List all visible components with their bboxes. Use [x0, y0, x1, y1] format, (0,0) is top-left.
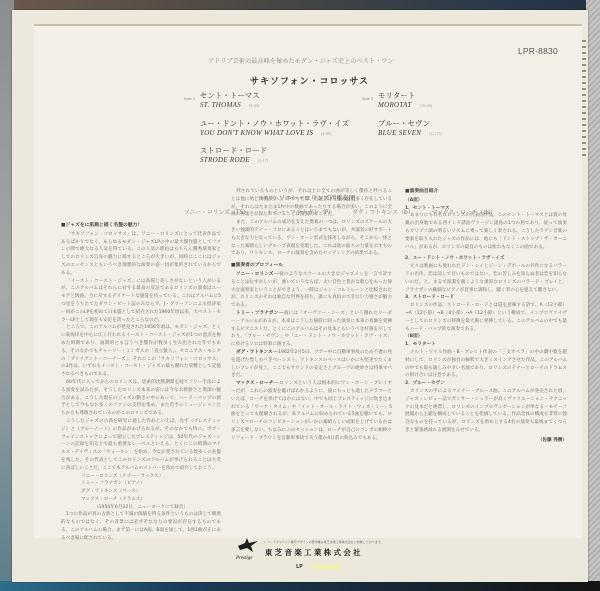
track-strode-rode: ストロード・ロード STRODE RODE(5:17) [200, 146, 268, 164]
credit-line: マックス・ローチ（ドラムス） [61, 496, 221, 504]
paragraph: 1つの作品が真の古典として不滅の価値を得る条件というものは決して偶然的なものでは… [61, 511, 221, 542]
track-duration: (11:17) [429, 132, 442, 136]
track-blue-seven: ブルー・セヴン BLUE SEVEN(11:17) [378, 119, 442, 137]
paragraph: 「イースト・コースト・ジャズ」には高揚と美しさがないという人がいるが、このアルバ… [61, 278, 221, 325]
track-note-title: 1．モリタート [405, 341, 567, 349]
paragraph: こうしたジャズの古典を研究に適した作品といえば、先ず《プレスティッジ》と《ブルー… [61, 418, 221, 473]
side-a-label: （A面） [405, 197, 567, 205]
section-heading: ■演奏曲目紹介 [405, 188, 567, 196]
liner-notes-right-column: ■演奏曲目紹介 （A面） 1．セント・トーマス あまりにも有名なロリンズの代表的… [405, 188, 567, 445]
side-b-label: （B面） [405, 333, 567, 341]
profile-name: ダグ・ワトキンス [236, 350, 273, 355]
liner-notes-middle-column: 列されているものというが、それ以上に全ての曲が等しく傑作と呼べることは他に殆ど類… [231, 188, 392, 443]
profile: マックス・ローチ──ロリンズという人は根本的にワン・ホーン・プレイヤーだが、これ… [231, 380, 392, 442]
track-note-title: 3．ストロード・ロード [405, 294, 567, 302]
track-duration: (6:45) [249, 104, 260, 108]
track-note-text: クルト・ワイル作曲・B・ブレヒト作詞の「三文オペラ」の中の劇中歌を題材にして、ロ… [405, 349, 567, 380]
track-note-text: ロリンズの作品。ストロード・ロードとは道を意味する語で、A（12小節）→A（12… [405, 302, 567, 333]
credit-line: ソニー・ロリンズ（テナー・サックス） [61, 473, 221, 481]
track-note-title: 2．ユー・ドント・ノウ・ホワット・ラヴ・イズ [405, 255, 567, 263]
company-name: 東芝音楽工業株式会社 [265, 547, 363, 558]
side-1-label: Side 1 [184, 97, 195, 101]
track-title-en: ST. THOMAS(6:45) [200, 101, 260, 109]
track-note-title: 2．ブルー・セヴン [405, 380, 567, 388]
paragraph: ところで、このアルバムが発売された1956年頃は、モダン・ジャズ、とくに東海岸を… [61, 324, 221, 379]
track-duration: (10:00) [420, 104, 433, 108]
section-heading: ■ジャズをに肌熱と描く名盤の魅力！ [61, 222, 221, 230]
paragraph: 列されているものというが、それ以上に全ての曲が等しく傑作と呼べることは他に殆ど類… [231, 188, 392, 219]
paragraph: 「サキソフォン・コロッサス」は、ソニー・ロリンズにとって代表作品であるばかりでな… [61, 231, 221, 278]
track-title-jp: ストロード・ロード [200, 146, 268, 156]
background-bottom [0, 581, 600, 591]
track-moritat: モリタート MOROTAT(10:00) [378, 91, 432, 109]
track-duration: (5:17) [258, 159, 269, 163]
author-signature: （佐藤 秀樹） [405, 437, 567, 445]
profile-text: ──彼には「オーヴァー・シーズ」という優れたリーダー・アルバムがあるが、本来はこ… [231, 311, 392, 347]
section-heading: ■演奏者のプロフィール [231, 262, 392, 270]
track-title-en: BLUE SEVEN(11:17) [378, 129, 442, 137]
side-2-label: Side 2 [362, 97, 373, 101]
credit-line: ダグ・ワトキンス（ベース） [61, 488, 221, 496]
paragraph: また、このアルバムの成功を支えた要素の一つは、ロリンズのスケールの大きい独創的テ… [231, 219, 392, 258]
track-note-text: ロリンズの手によるマイナー・ブルース曲。このアルバムが発売された頃、ジャズ・レビ… [405, 388, 567, 435]
track-title-jp: ユー・ドント・ノウ・ホワット・ラヴ・イズ [200, 119, 349, 129]
lp-tab-label: LP [296, 564, 303, 570]
track-title-jp: セント・トーマス [200, 91, 260, 101]
paragraph: 60年代に入ってからのロリンズは、思索的沈黙期間を経てフリー手法による演奏を試み… [61, 379, 221, 418]
track-title-en: MOROTAT(10:00) [378, 101, 432, 109]
track-note-text: 元々は映画にも使われたドン・レイとジーン・デポールの共作になるバラードの名作。恋… [405, 263, 567, 294]
prestige-logo: Prestige [236, 537, 260, 561]
album-title: サキソフォン・コロッサス [250, 74, 369, 87]
track-title-jp: ブルー・セヴン [378, 119, 442, 129]
profile-text: ──ロリンズという人は根本的にワン・ホーン・プレイヤーだが、これらの演奏を聴けば… [231, 381, 392, 441]
profile: トミー・フラナガン──彼には「オーヴァー・シーズ」という優れたリーダー・アルバム… [231, 310, 392, 349]
track-st-thomas: セント・トーマス ST. THOMAS(6:45) [200, 91, 260, 109]
track-you-dont-know: ユー・ドント・ノウ・ホワット・ラヴ・イズ YOU DON'T KNOW WHAT… [200, 119, 349, 137]
album-sleeve: LPR-8830 アドリブ芸術の最高峰を極めたモダン・ジャズ史上のベスト・ワン … [12, 10, 588, 582]
recording-info: （1956年6月22日、ニューヨークにて録音） [61, 504, 221, 512]
profile: ソニー・ロリンズ──彼のようなスケールの大きなジャズメンを一言で評することはむず… [231, 271, 392, 310]
profile: ダグ・ワトキンス──1962年2月5日、ツアー中に自動車事故のため不慮の死を遂げ… [231, 349, 392, 380]
track-note-title: 1．セント・トーマス [405, 205, 567, 213]
track-note-text: あまりにも有名なロリンズの代表的作品。このセント・トーマスとは彼の母親の出身地で… [405, 212, 567, 251]
tagline: アドリブ芸術の最高峰を極めたモダン・ジャズ史上のベスト・ワン [208, 56, 428, 65]
track-title-en: STRODE RODE(5:17) [200, 156, 268, 164]
profile-name: ソニー・ロリンズ [236, 272, 274, 277]
prestige-wordmark: Prestige [236, 556, 260, 561]
yellow-tape [313, 565, 341, 569]
profile-name: トミー・フラナガン [236, 311, 278, 316]
liner-notes-left-column: ■ジャズをに肌熱と描く名盤の魅力！ 「サキソフォン・コロッサス」は、ソニー・ロリ… [61, 222, 221, 543]
credit-line: トミー・フラナガン（ピアノ） [61, 480, 221, 488]
profile-text: ──彼のようなスケールの大きなジャズメンを一言で評することはむずかしいが、強いて… [231, 272, 392, 308]
prestige-bird-icon [236, 537, 260, 553]
catalog-number: LPR-8830 [518, 46, 558, 56]
track-title-jp: モリタート [378, 91, 432, 101]
footer-fine-print: レコードジャケット番号デザインの著作権は東芝音楽工業株式会社に帰属しております。 [264, 540, 383, 544]
track-duration: (6:30) [321, 132, 332, 136]
spine-edge-text [582, 40, 586, 160]
background-right [586, 0, 600, 591]
profile-name: マックス・ローチ [236, 381, 274, 386]
track-title-en: YOU DON'T KNOW WHAT LOVE IS(6:30) [200, 129, 349, 137]
